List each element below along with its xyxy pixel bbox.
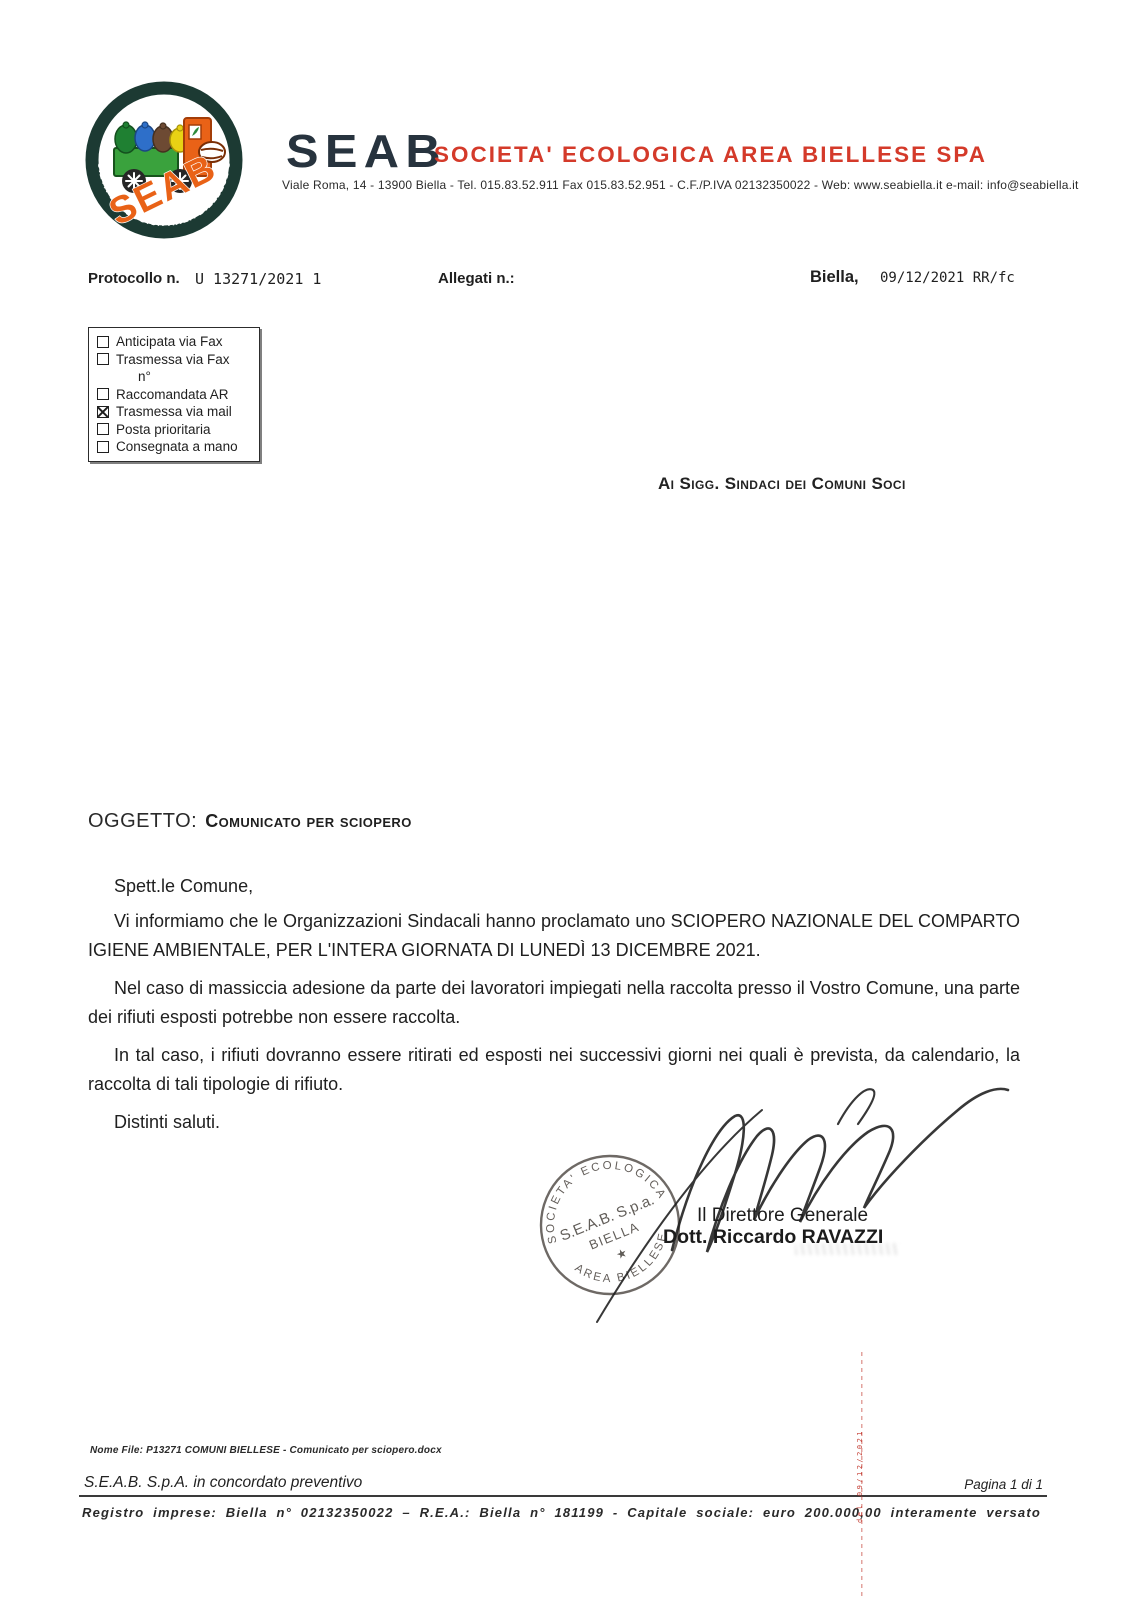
vertical-protocol-stamp: del 09/12/2021 bbox=[856, 1352, 868, 1600]
page-number: Pagina 1 di 1 bbox=[935, 1477, 1043, 1492]
delivery-options-panel: Anticipata via Fax Trasmessa via Fax n° … bbox=[88, 327, 260, 462]
company-name: SOCIETA' ECOLOGICA AREA BIELLESE SPA bbox=[434, 142, 987, 168]
subject-label: OGGETTO: bbox=[88, 810, 197, 832]
delivery-option-raccomandata: Raccomandata AR bbox=[97, 386, 253, 404]
city-label: Biella, bbox=[810, 268, 859, 287]
delivery-option-anticipata-fax: Anticipata via Fax bbox=[97, 333, 253, 351]
body-paragraph: Vi informiamo che le Organizzazioni Sind… bbox=[88, 907, 1020, 965]
delivery-option-fax-number: n° bbox=[97, 368, 253, 386]
subject-value: Comunicato per sciopero bbox=[205, 811, 412, 831]
delivery-option-label: Raccomandata AR bbox=[116, 387, 229, 402]
recipient-line: Ai Sigg. Sindaci dei Comuni Soci bbox=[658, 474, 906, 494]
protocol-label: Protocollo n. bbox=[88, 270, 180, 287]
delivery-option-label: n° bbox=[138, 369, 151, 384]
checkbox-icon bbox=[97, 423, 109, 435]
salutation: Spett.le Comune, bbox=[88, 872, 1020, 901]
vertical-protocol-stamp-text: del 09/12/2021 bbox=[856, 1352, 868, 1600]
attachments-label: Allegati n.: bbox=[438, 270, 515, 287]
company-status-line: S.E.A.B. S.p.A. in concordato preventivo bbox=[84, 1474, 362, 1492]
protocol-number: U 13271/2021 1 bbox=[195, 270, 321, 288]
delivery-option-trasmessa-mail: Trasmessa via mail bbox=[97, 403, 253, 421]
company-stamp-icon: SOCIETA' ECOLOGICA AREA BIELLESE S.E.A.B… bbox=[520, 1135, 700, 1315]
delivery-option-posta-prioritaria: Posta prioritaria bbox=[97, 421, 253, 439]
delivery-option-label: Anticipata via Fax bbox=[116, 334, 223, 349]
signature-and-stamp: SOCIETA' ECOLOGICA AREA BIELLESE S.E.A.B… bbox=[480, 1050, 1060, 1340]
delivery-option-label: Consegnata a mano bbox=[116, 439, 238, 454]
registry-line: Registro imprese: Biella n° 02132350022 … bbox=[82, 1505, 1048, 1520]
date-reference: 09/12/2021 RR/fc bbox=[880, 270, 1015, 286]
seab-wordmark: SEAB bbox=[286, 124, 447, 178]
seab-logo-icon: SOCIETÀ ECOLOGICA AREA BIELLESE SPA bbox=[84, 80, 244, 240]
signer-role: Il Direttore Generale bbox=[697, 1205, 868, 1227]
body-paragraph: Nel caso di massiccia adesione da parte … bbox=[88, 974, 1020, 1032]
letter-page: SOCIETÀ ECOLOGICA AREA BIELLESE SPA bbox=[0, 0, 1130, 1600]
checkbox-checked-icon bbox=[97, 406, 109, 418]
delivery-option-label: Posta prioritaria bbox=[116, 422, 211, 437]
delivery-option-label: Trasmessa via Fax bbox=[116, 352, 230, 367]
delivery-option-consegnata-mano: Consegnata a mano bbox=[97, 438, 253, 456]
delivery-option-trasmessa-fax: Trasmessa via Fax bbox=[97, 351, 253, 369]
stamp-star-icon: ★ bbox=[614, 1245, 629, 1262]
checkbox-icon bbox=[97, 336, 109, 348]
checkbox-icon bbox=[97, 388, 109, 400]
subject-line: OGGETTO:Comunicato per sciopero bbox=[88, 810, 412, 833]
scan-artifact bbox=[795, 1243, 900, 1255]
file-name-line: Nome File: P13271 COMUNI BIELLESE - Comu… bbox=[90, 1445, 442, 1456]
checkbox-icon bbox=[97, 353, 109, 365]
delivery-option-label: Trasmessa via mail bbox=[116, 404, 232, 419]
contact-line: Viale Roma, 14 - 13900 Biella - Tel. 015… bbox=[282, 178, 1079, 192]
footer-divider bbox=[79, 1495, 1047, 1497]
checkbox-icon bbox=[97, 441, 109, 453]
